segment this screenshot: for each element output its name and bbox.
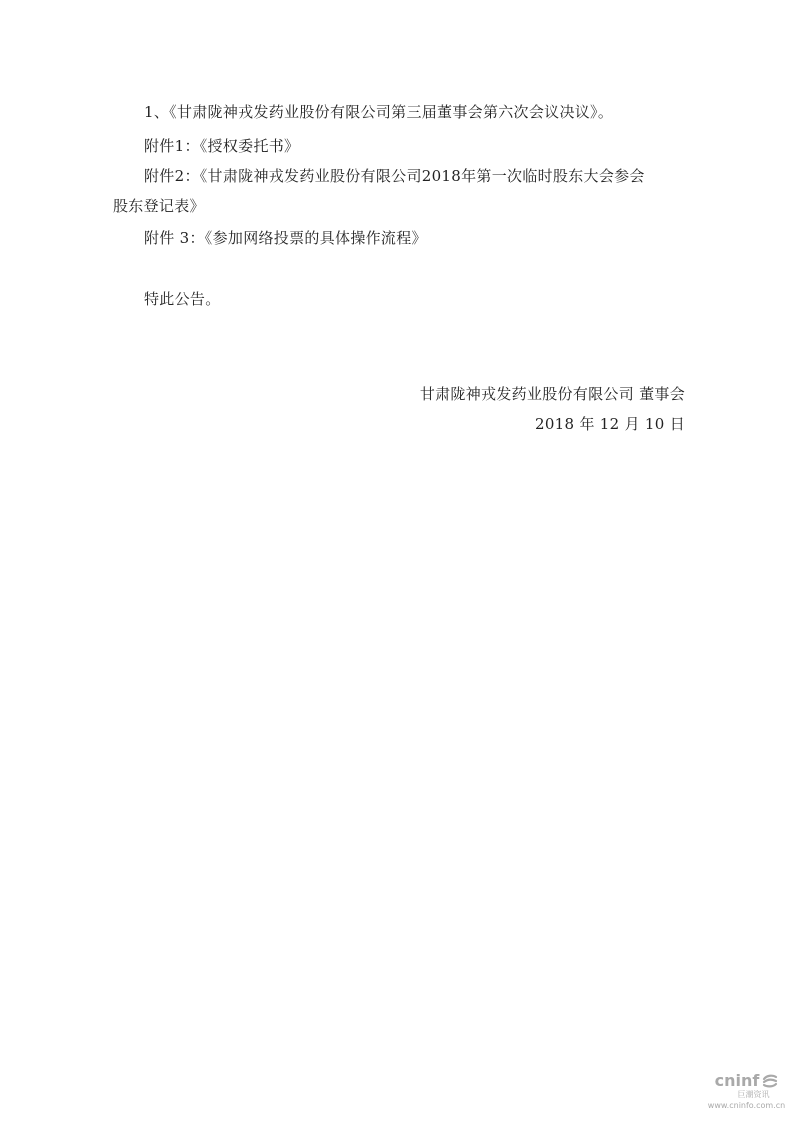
signature-issuer: 甘肃陇神戎发药业股份有限公司 董事会	[420, 384, 685, 404]
attachment-3-line: 附件 3：《参加网络投票的具体操作流程》	[144, 228, 427, 248]
watermark-brand-row: cninf	[700, 1072, 793, 1090]
watermark-chinese-name: 巨潮资讯	[714, 1090, 793, 1100]
attachment-1-line: 附件1：《授权委托书》	[144, 136, 299, 156]
closing-statement: 特此公告。	[144, 289, 221, 309]
signature-date: 2018 年 12 月 10 日	[535, 414, 685, 434]
cninfo-logo-icon	[762, 1074, 778, 1088]
attachment-2-line: 附件2：《甘肃陇神戎发药业股份有限公司2018年第一次临时股东大会参会	[144, 166, 645, 186]
attachment-2-continuation-line: 股东登记表》	[113, 196, 205, 216]
cninfo-watermark: cninf 巨潮资讯 www.cninfo.com.cn	[700, 1072, 793, 1117]
resolution-reference-line: 1、《甘肃陇神戎发药业股份有限公司第三届董事会第六次会议决议》。	[144, 102, 613, 122]
watermark-brand: cninf	[715, 1073, 760, 1089]
watermark-url: www.cninfo.com.cn	[700, 1100, 793, 1111]
